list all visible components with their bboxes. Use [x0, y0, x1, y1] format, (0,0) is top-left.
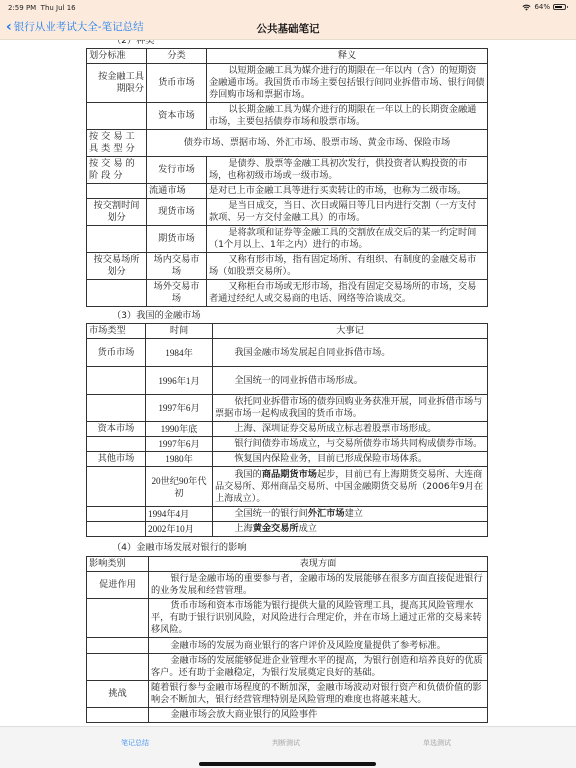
cell-category: 发行市场: [147, 157, 207, 184]
cell-event: 全国统一的同业拆借市场形成。: [213, 367, 488, 395]
event-text: 全国统一的银行间: [234, 508, 308, 519]
event-text: 我国的: [234, 469, 262, 480]
table-row: 促进作用 银行是金融市场的重要参与者，金融市场的发展能够在很多方面直接促进银行的…: [87, 572, 488, 599]
cell-time: 1994年4月: [146, 507, 213, 522]
cell-market-type: 货币市场: [87, 339, 146, 367]
cell-time: 1980年: [146, 452, 213, 467]
cell-event: 上海、深圳证券交易所成立标志着股票市场形成。: [213, 422, 488, 437]
event-text: 成立: [299, 523, 317, 534]
page-title: 公共基础笔记: [0, 21, 576, 36]
emphasis-text: 黄金交易所: [253, 523, 299, 534]
cell-category: 场内交易市场: [147, 253, 207, 280]
cell-criteria: 按交易场所划分: [87, 253, 147, 280]
header-impact-type: 影响类别: [87, 557, 149, 572]
cell-event: 银行间债券市场成立，与交易所债券市场共同构成债券市场。: [213, 437, 488, 452]
cell-definition: 是对已上市金融工具等进行买卖转让的市场，也称为二级市场。: [207, 184, 488, 199]
wifi-icon: [522, 4, 531, 11]
header-time: 时间: [146, 324, 213, 339]
cell-time: 1990年底: [146, 422, 213, 437]
cell-market-type: [87, 522, 146, 537]
section-title-china-markets: （3）我国的金融市场: [86, 309, 488, 323]
cell-criteria: [87, 103, 147, 130]
emphasis-text: 商品期货市场: [262, 469, 317, 480]
cell-market-type: [87, 507, 146, 522]
cell-time: 1997年6月: [146, 437, 213, 452]
tab-true-false-test[interactable]: 判断测试: [272, 738, 300, 748]
cell-impact-type: [87, 599, 149, 638]
cell-aspect: 银行是金融市场的重要参与者，金融市场的发展能够在很多方面直接促进银行的业务发展和…: [149, 572, 488, 599]
event-text: 上海: [234, 523, 252, 534]
table-row: 1994年4月 全国统一的银行间外汇市场建立: [87, 507, 488, 522]
navigation-bar: ‹ 银行从业考试大全-笔记总结 公共基础笔记: [0, 16, 576, 40]
cell-definition: 是债券、股票等金融工具初次发行，供投资者认购投资的市场，也称初级市场或一级市场。: [207, 157, 488, 184]
cell-category: 期货市场: [147, 226, 207, 253]
cell-impact-type: 促进作用: [87, 572, 149, 599]
china-markets-table: 市场类型 时间 大事记 货币市场 1984年 我国金融市场发展起自同业拆借市场。…: [86, 323, 488, 537]
battery-percent: 64%: [534, 3, 550, 11]
cell-event: 上海黄金交易所成立: [213, 522, 488, 537]
table-row: 20世纪90年代初 我国的商品期货市场起步，目前已有上海期货交易所、大连商品交易…: [87, 467, 488, 507]
table-row: 场外交易市场 又称柜台市场或无形市场，指没有固定交易场所的市场，交易者通过经纪人…: [87, 280, 488, 307]
note-content[interactable]: （2）种类 划分标准 分类 释义 按金融工具期限分 货币市场 以短期金融工具为媒…: [0, 40, 576, 726]
battery-icon: [553, 4, 566, 10]
cell-impact-type: [87, 638, 149, 654]
cell-category: 流通市场: [147, 184, 207, 199]
cell-criteria: 按交易的阶段分: [87, 157, 147, 184]
cell-impact-type: [87, 654, 149, 681]
section-title-types: （2）种类: [86, 40, 488, 48]
cell-category: 货币市场: [147, 64, 207, 103]
cell-event: 我国的商品期货市场起步，目前已有上海期货交易所、大连商品交易所、郑州商品交易所、…: [213, 467, 488, 507]
tab-notes-summary[interactable]: 笔记总结: [121, 738, 149, 748]
table-row: 按交易工具类型分 债券市场、票据市场、外汇市场、股票市场、黄金市场、保险市场: [87, 130, 488, 157]
event-text: 建立: [345, 508, 363, 519]
table-row: 按交易的阶段分 发行市场 是债券、股票等金融工具初次发行，供投资者认购投资的市场…: [87, 157, 488, 184]
cell-market-type: [87, 467, 146, 507]
table-header-row: 影响类别 表现方面: [87, 557, 488, 572]
tab-single-choice-test[interactable]: 单选测试: [423, 738, 451, 748]
status-time: 2:59 PM Thu Jul 16: [8, 4, 76, 12]
header-events: 大事记: [213, 324, 488, 339]
cell-criteria: [87, 226, 147, 253]
cell-event: 恢复国内保险业务，目前已形成保险市场体系。: [213, 452, 488, 467]
cell-market-type: [87, 395, 146, 422]
cell-time: 2002年10月: [146, 522, 213, 537]
table-row: 金融市场会放大商业银行的风险事件: [87, 708, 488, 723]
section-title-impact: （4）金融市场发展对银行的影响: [86, 539, 488, 556]
table-row: 1997年6月 银行间债券市场成立，与交易所债券市场共同构成债券市场。: [87, 437, 488, 452]
cell-criteria: 按交易工具类型分: [87, 130, 147, 157]
cell-criteria: 按金融工具期限分: [87, 64, 147, 103]
cell-definition: 以短期金融工具为媒介进行的期限在一年以内（含）的短期资金融通市场。我国货币市场主…: [207, 64, 488, 103]
tab-bar: 笔记总结 判断测试 单选测试: [0, 726, 576, 768]
cell-market-type: 资本市场: [87, 422, 146, 437]
cell-aspect: 金融市场的发展为商业银行的客户评价及风险度量提供了参考标准。: [149, 638, 488, 654]
cell-time: 1984年: [146, 339, 213, 367]
table-header-row: 市场类型 时间 大事记: [87, 324, 488, 339]
table-row: 资本市场 以长期金融工具为媒介进行的期限在一年以上的长期资金融通市场，主要包括债…: [87, 103, 488, 130]
cell-aspect: 随着银行参与金融市场程度的不断加深，金融市场波动对银行资产和负债价值的影响会不断…: [149, 681, 488, 708]
cell-category: 现货市场: [147, 199, 207, 226]
cell-criteria: 按交割时间划分: [87, 199, 147, 226]
table-row: 按交割时间划分 现货市场 是当日成交，当日、次日或隔日等几日内进行交割（一方支付…: [87, 199, 488, 226]
cell-category: 场外交易市场: [147, 280, 207, 307]
cell-impact-type: [87, 708, 149, 723]
cell-event: 全国统一的银行间外汇市场建立: [213, 507, 488, 522]
cell-time: 1996年1月: [146, 367, 213, 395]
table-row: 期货市场 是将款项和证券等金融工具的交割放在成交后的某一约定时间（1个月以上、1…: [87, 226, 488, 253]
table-row: 金融市场的发展为商业银行的客户评价及风险度量提供了参考标准。: [87, 638, 488, 654]
cell-impact-type: 挑战: [87, 681, 149, 708]
table-row: 1996年1月 全国统一的同业拆借市场形成。: [87, 367, 488, 395]
cell-market-type: [87, 437, 146, 452]
cell-definition: 又称柜台市场或无形市场，指没有固定交易场所的市场，交易者通过经纪人或交易商的电话…: [207, 280, 488, 307]
cell-event: 我国金融市场发展起自同业拆借市场。: [213, 339, 488, 367]
table-header-row: 划分标准 分类 释义: [87, 49, 488, 64]
table-row: 其他市场 1980年 恢复国内保险业务，目前已形成保险市场体系。: [87, 452, 488, 467]
cell-definition: 又称有形市场，指有固定场所、有组织、有制度的金融交易市场（如股票交易所）。: [207, 253, 488, 280]
table-row: 货币市场和资本市场能为银行提供大量的风险管理工具，提高其风险管理水平，有助于银行…: [87, 599, 488, 638]
home-indicator[interactable]: [199, 762, 376, 766]
table-row: 1997年6月 依托同业拆借市场的债券回购业务获准开展，同业拆借市场与票据市场一…: [87, 395, 488, 422]
header-criteria: 划分标准: [87, 49, 147, 64]
table-row: 流通市场 是对已上市金融工具等进行买卖转让的市场，也称为二级市场。: [87, 184, 488, 199]
header-market-type: 市场类型: [87, 324, 146, 339]
table-row: 按金融工具期限分 货币市场 以短期金融工具为媒介进行的期限在一年以内（含）的短期…: [87, 64, 488, 103]
status-bar: 2:59 PM Thu Jul 16 64%: [0, 0, 576, 16]
emphasis-text: 外汇市场: [308, 508, 345, 519]
table-row: 金融市场的发展能够促进企业管理水平的提高，为银行创造和培养良好的优质客户。还有助…: [87, 654, 488, 681]
cell-aspect: 货币市场和资本市场能为银行提供大量的风险管理工具，提高其风险管理水平，有助于银行…: [149, 599, 488, 638]
cell-definition: 以长期金融工具为媒介进行的期限在一年以上的长期资金融通市场，主要包括债券市场和股…: [207, 103, 488, 130]
cell-definition: 是当日成交，当日、次日或隔日等几日内进行交割（一方支付款项、另一方交付金融工具）…: [207, 199, 488, 226]
cell-aspect: 金融市场的发展能够促进企业管理水平的提高，为银行创造和培养良好的优质客户。还有助…: [149, 654, 488, 681]
header-aspects: 表现方面: [149, 557, 488, 572]
cell-event: 依托同业拆借市场的债券回购业务获准开展，同业拆借市场与票据市场一起构成我国的货币…: [213, 395, 488, 422]
market-types-table: 划分标准 分类 释义 按金融工具期限分 货币市场 以短期金融工具为媒介进行的期限…: [86, 48, 488, 307]
cell-definition: 是将款项和证券等金融工具的交割放在成交后的某一约定时间（1个月以上、1年之内）进…: [207, 226, 488, 253]
table-row: 按交易场所划分 场内交易市场 又称有形市场，指有固定场所、有组织、有制度的金融交…: [87, 253, 488, 280]
document: （2）种类 划分标准 分类 释义 按金融工具期限分 货币市场 以短期金融工具为媒…: [86, 40, 488, 723]
cell-aspect: 金融市场会放大商业银行的风险事件: [149, 708, 488, 723]
table-row: 挑战 随着银行参与金融市场程度的不断加深，金融市场波动对银行资产和负债价值的影响…: [87, 681, 488, 708]
cell-definition: 债券市场、票据市场、外汇市场、股票市场、黄金市场、保险市场: [147, 130, 488, 157]
cell-category: 资本市场: [147, 103, 207, 130]
cell-market-type: [87, 367, 146, 395]
cell-time: 1997年6月: [146, 395, 213, 422]
impact-table: 影响类别 表现方面 促进作用 银行是金融市场的重要参与者，金融市场的发展能够在很…: [86, 556, 488, 723]
header-definition: 释义: [207, 49, 488, 64]
table-row: 2002年10月 上海黄金交易所成立: [87, 522, 488, 537]
table-row: 资本市场 1990年底 上海、深圳证券交易所成立标志着股票市场形成。: [87, 422, 488, 437]
status-right: 64%: [522, 3, 566, 11]
cell-criteria: [87, 280, 147, 307]
table-row: 货币市场 1984年 我国金融市场发展起自同业拆借市场。: [87, 339, 488, 367]
cell-criteria: [87, 184, 147, 199]
cell-market-type: 其他市场: [87, 452, 146, 467]
cell-time: 20世纪90年代初: [146, 467, 213, 507]
header-category: 分类: [147, 49, 207, 64]
